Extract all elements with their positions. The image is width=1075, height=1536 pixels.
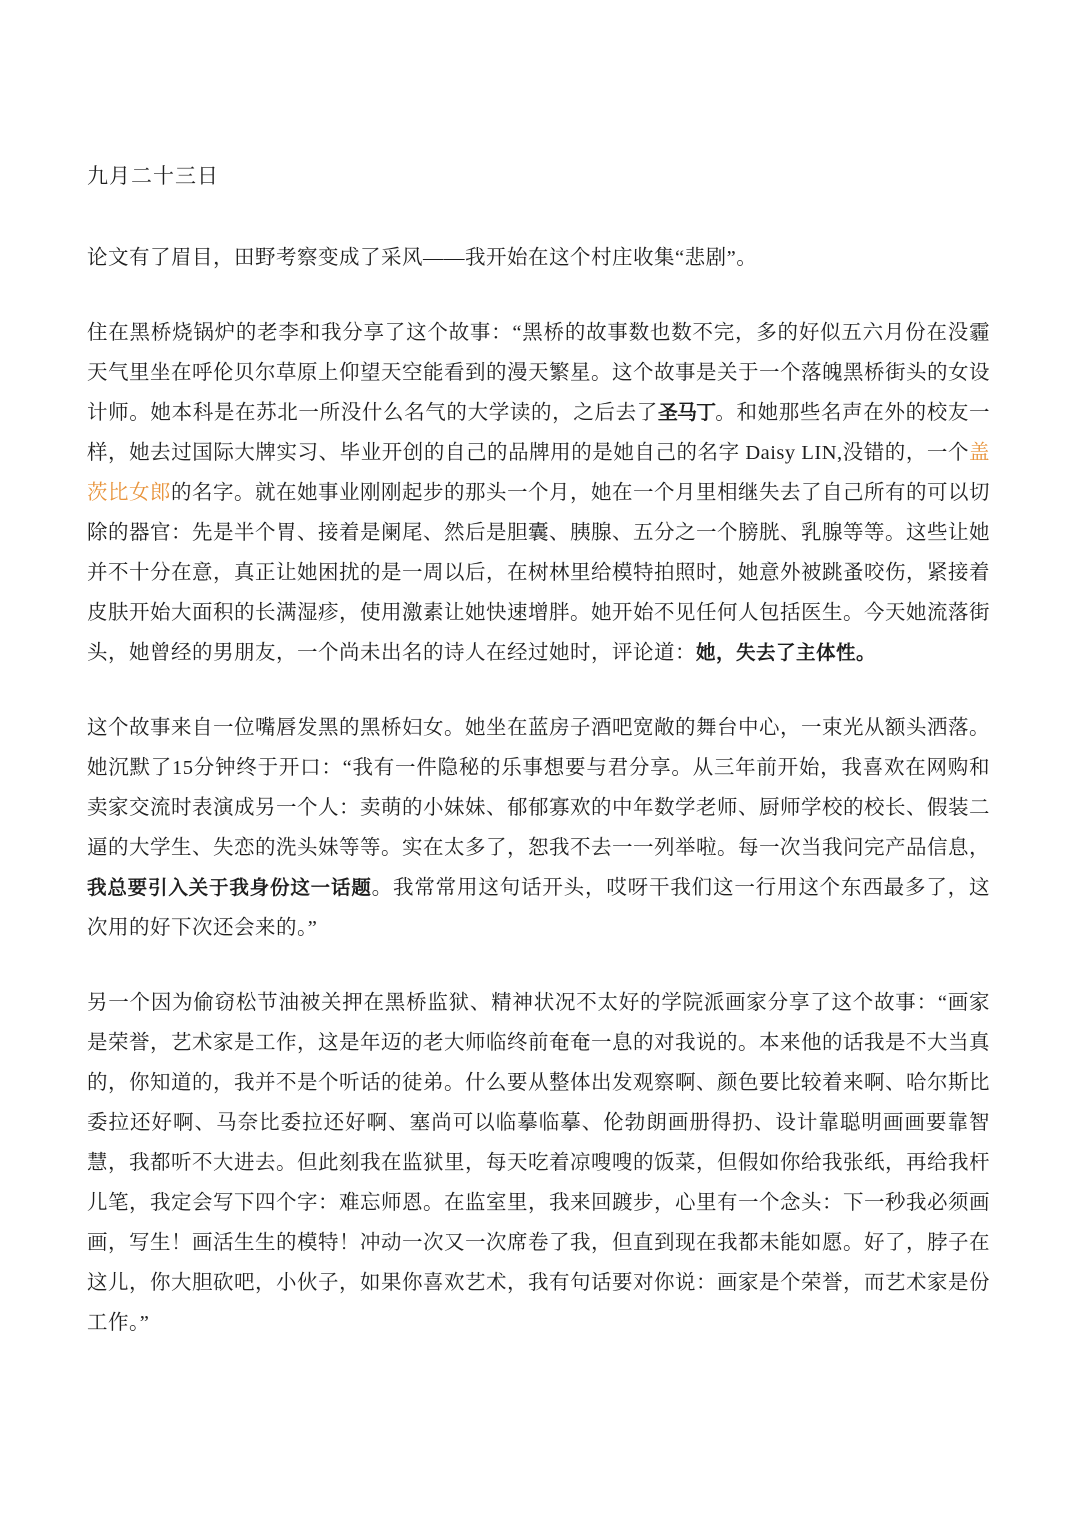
- diary-page: 九月二十三日 论文有了眉目，田野考察变成了采风——我开始在这个村庄收集“悲剧”。…: [0, 0, 1075, 1536]
- date-heading: 九月二十三日: [87, 162, 990, 190]
- body-text: 这个故事来自一位嘴唇发黑的黑桥妇女。她坐在蓝房子酒吧宽敞的舞台中心，一束光从额头…: [87, 717, 990, 859]
- paragraph: 这个故事来自一位嘴唇发黑的黑桥妇女。她坐在蓝房子酒吧宽敞的舞台中心，一束光从额头…: [87, 708, 990, 948]
- paragraph: 论文有了眉目，田野考察变成了采风——我开始在这个村庄收集“悲剧”。: [87, 238, 990, 278]
- body-text: 论文有了眉目，田野考察变成了采风——我开始在这个村庄收集“悲剧”。: [87, 247, 757, 269]
- emphasis-text: 我总要引入关于我身份这一话题: [87, 877, 372, 899]
- body-text: 的名字。就在她事业刚刚起步的那头一个月，她在一个月里相继失去了自己所有的可以切除…: [87, 482, 990, 664]
- diary-body: 论文有了眉目，田野考察变成了采风——我开始在这个村庄收集“悲剧”。住在黑桥烧锅炉…: [87, 238, 990, 1343]
- paragraph: 住在黑桥烧锅炉的老李和我分享了这个故事：“黑桥的故事数也数不完，多的好似五六月份…: [87, 313, 990, 673]
- paragraph: 另一个因为偷窃松节油被关押在黑桥监狱、精神状况不太好的学院派画家分享了这个故事：…: [87, 983, 990, 1343]
- emphasis-text: 圣马丁: [658, 402, 715, 424]
- emphasis-text: 她，失去了主体性。: [696, 642, 876, 664]
- body-text: 另一个因为偷窃松节油被关押在黑桥监狱、精神状况不太好的学院派画家分享了这个故事：…: [87, 992, 990, 1334]
